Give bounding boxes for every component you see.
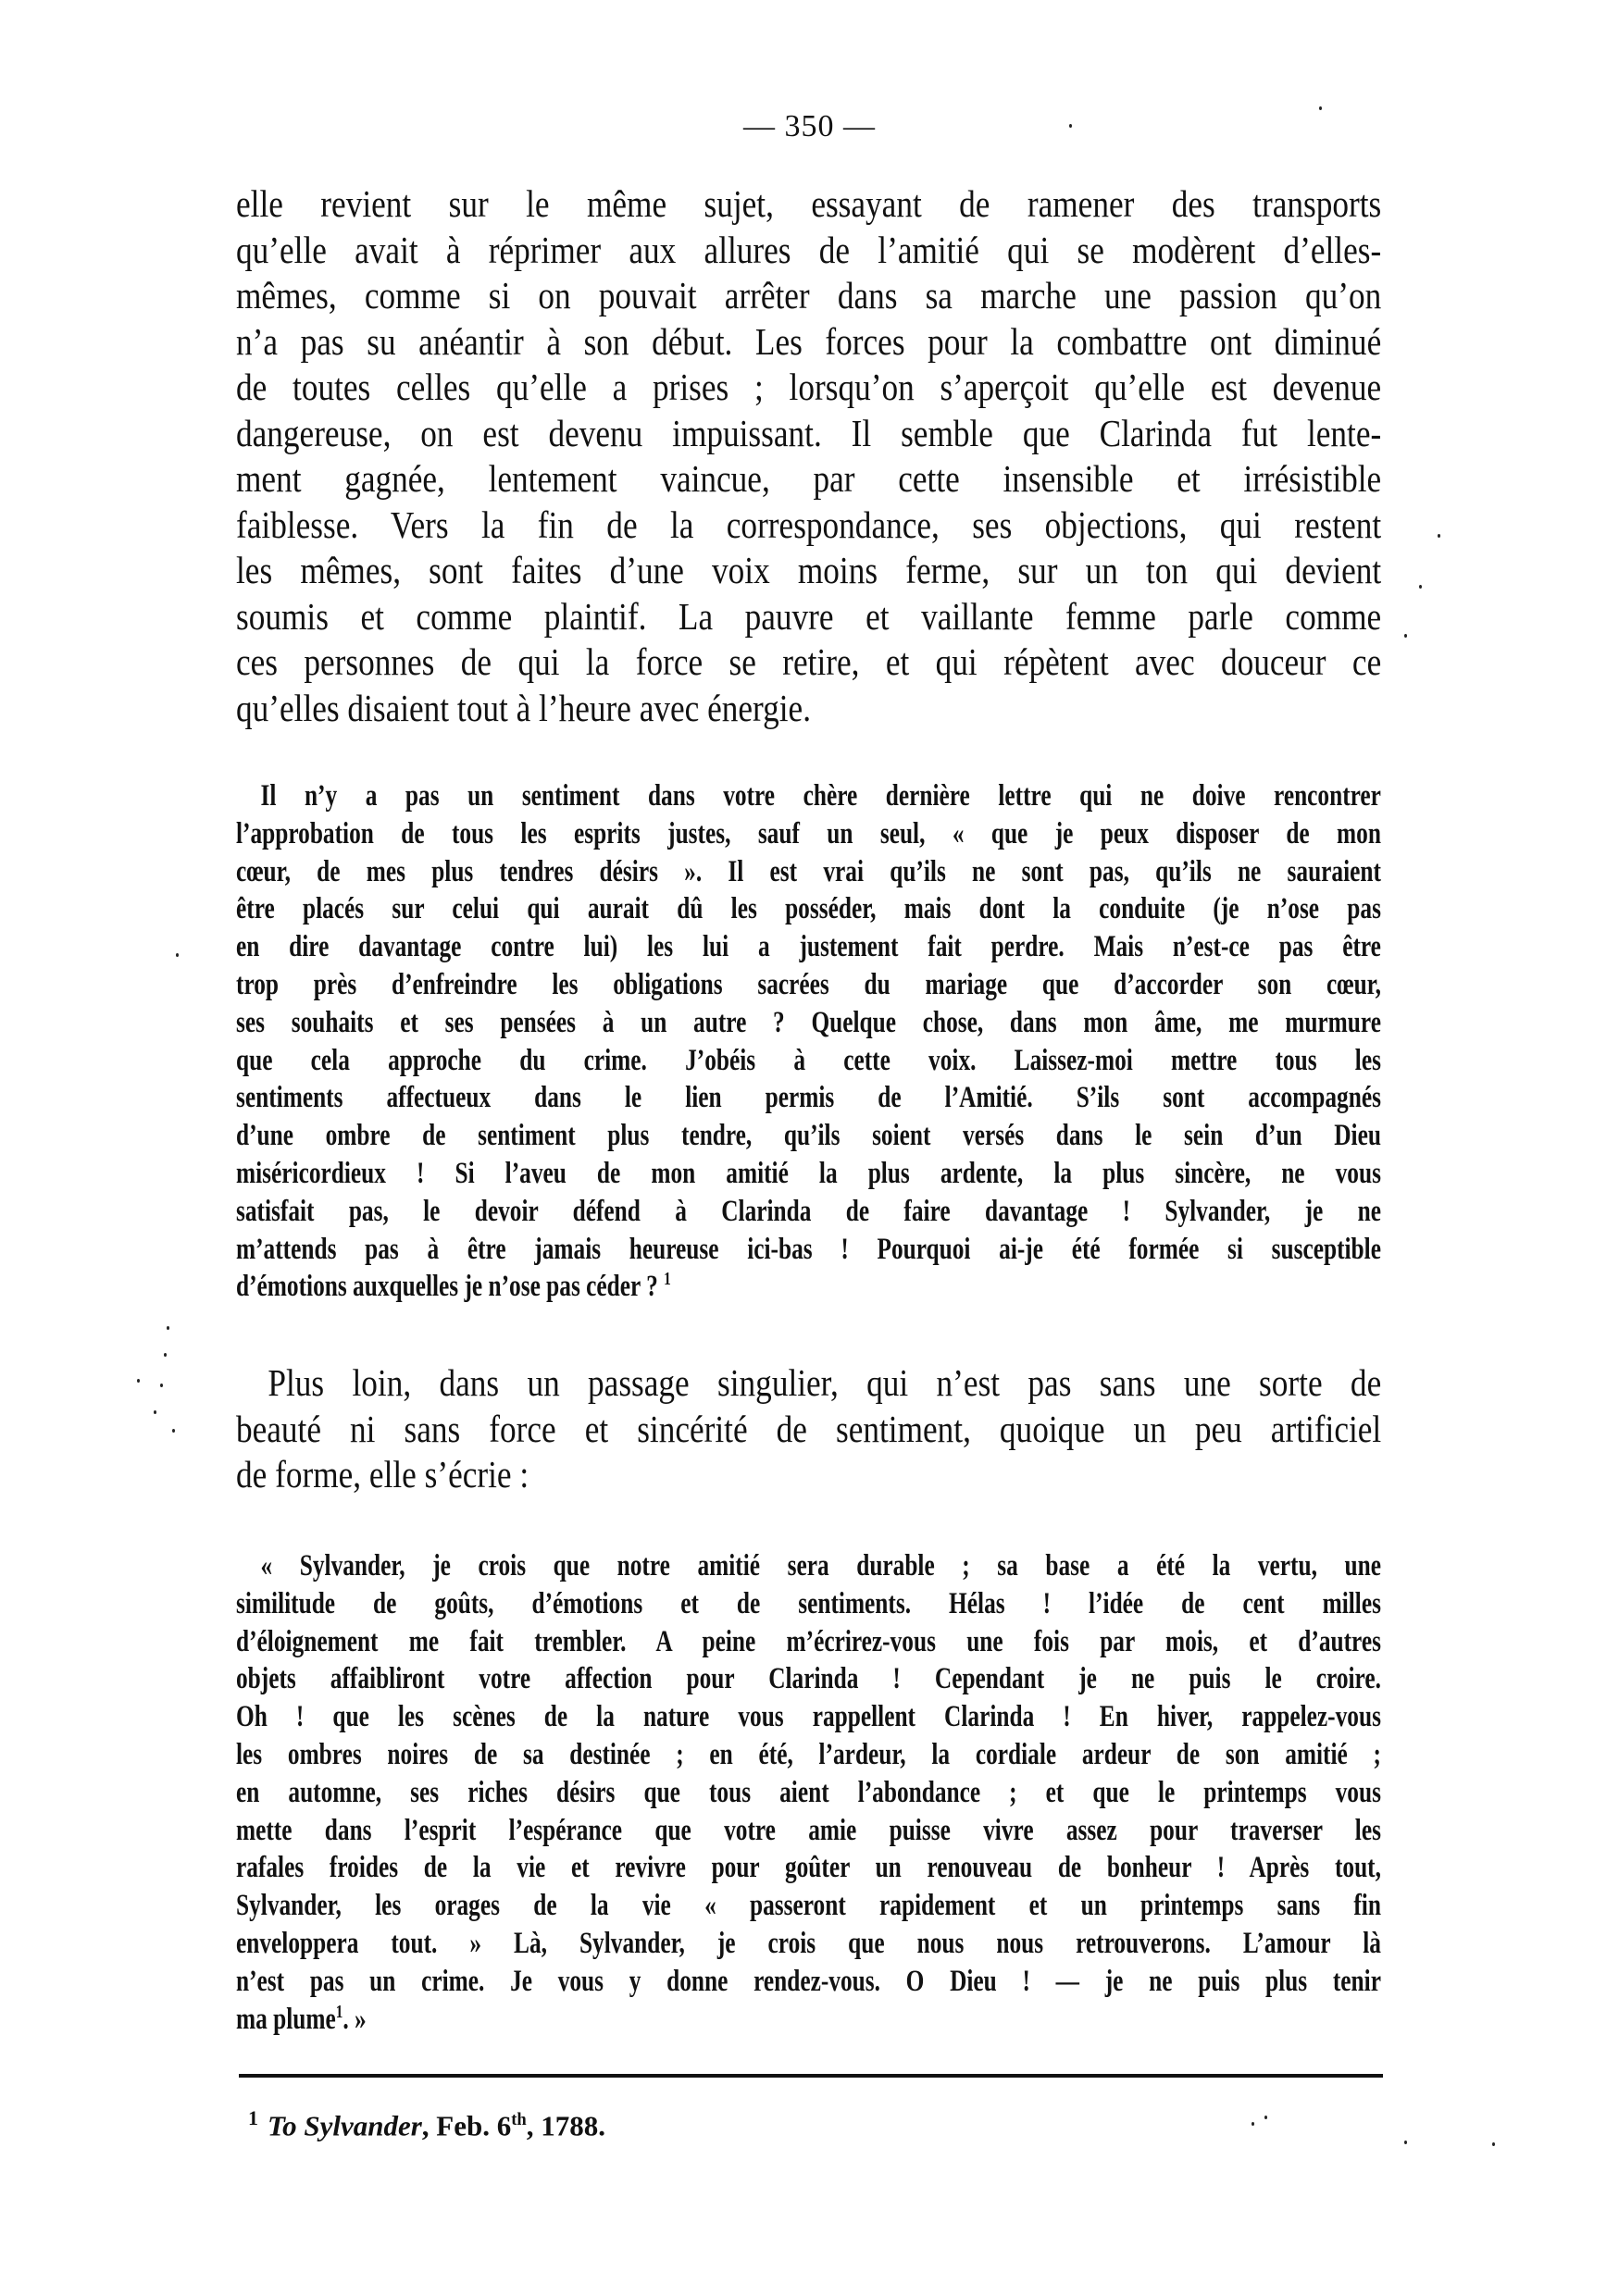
quote-line: rafales froides de la vie et revivre pou…: [236, 1849, 1381, 1887]
quote-line: similitude de goûts, d’émotions et de se…: [236, 1585, 1381, 1623]
quote-line: satisfait pas, le devoir défend à Clarin…: [236, 1193, 1381, 1231]
scan-speck: [176, 953, 179, 957]
footnote-reference[interactable]: 1: [664, 1271, 671, 1290]
text-line: n’a pas su anéantir à son début. Les for…: [236, 319, 1381, 366]
scan-speck: [154, 1410, 156, 1414]
scan-speck: [1492, 2142, 1495, 2146]
block-quote-1: Il n’y a pas un sentiment dans votre chè…: [236, 777, 1381, 1306]
footnote-number: 1: [248, 2106, 258, 2129]
text-line: beauté ni sans force et sincérité de sen…: [236, 1407, 1381, 1453]
quote-line: sentiments affectueux dans le lien permi…: [236, 1079, 1381, 1117]
text-line: qu’elles disaient tout à l’heure avec én…: [236, 686, 1381, 732]
text-line: elle revient sur le même sujet, essayant…: [236, 181, 1381, 228]
body-paragraph-1: elle revient sur le même sujet, essayant…: [236, 181, 1381, 731]
text-line: ment gagnée, lentement vaincue, par cett…: [236, 456, 1381, 503]
quote-line: l’approbation de tous les esprits justes…: [236, 815, 1381, 853]
quote-line: ses souhaits et ses pensées à un autre ?…: [236, 1004, 1381, 1042]
text-line: mêmes, comme si on pouvait arrêter dans …: [236, 273, 1381, 319]
text-line: faiblesse. Vers la fin de la corresponda…: [236, 503, 1381, 549]
text-line: soumis et comme plaintif. La pauvre et v…: [236, 594, 1381, 640]
quote-line: enveloppera tout. » Là, Sylvander, je cr…: [236, 1925, 1381, 1963]
text-line: Plus loin, dans un passage singulier, qu…: [236, 1360, 1381, 1407]
footnote-title: To Sylvander: [268, 2109, 422, 2141]
quote-line: Sylvander, les orages de la vie « passer…: [236, 1887, 1381, 1925]
footnote-reference[interactable]: 1: [336, 2003, 343, 2022]
scan-speck: [167, 1326, 169, 1330]
quote-line: m’attends pas à être jamais heureuse ici…: [236, 1231, 1381, 1269]
footnote: 1To Sylvander, Feb. 6th, 1788.: [248, 2106, 605, 2142]
quote-line: mette dans l’esprit l’espérance que votr…: [236, 1812, 1381, 1850]
quote-line: d’éloignement me fait trembler. A peine …: [236, 1623, 1381, 1661]
footnote-date-suffix: th: [511, 2110, 527, 2129]
quote-line: « Sylvander, je crois que notre amitié s…: [236, 1547, 1381, 1585]
quote-line: objets affaibliront votre affection pour…: [236, 1660, 1381, 1698]
scan-speck: [1404, 634, 1407, 638]
page-number: — 350 —: [0, 109, 1619, 144]
footnote-year: , 1788.: [527, 2109, 605, 2141]
scan-speck: [160, 1384, 163, 1387]
text-line: ces personnes de qui la force se retire,…: [236, 639, 1381, 686]
scan-speck: [1419, 585, 1422, 589]
scan-speck: [1319, 106, 1322, 110]
quote-line: en automne, ses riches désirs que tous a…: [236, 1774, 1381, 1812]
quote-line: que cela approche du crime. J’obéis à ce…: [236, 1042, 1381, 1080]
text-line: les mêmes, sont faites d’une voix moins …: [236, 548, 1381, 594]
scan-speck: [1264, 2116, 1267, 2119]
scan-speck: [1252, 2122, 1254, 2126]
scan-speck: [1069, 124, 1072, 128]
scan-speck: [1404, 2141, 1407, 2144]
quote-line: trop près d’enfreindre les obligations s…: [236, 966, 1381, 1004]
quote-line-end: . »: [342, 2003, 366, 2036]
quote-line: Oh ! que les scènes de la nature vous ra…: [236, 1698, 1381, 1736]
quote-line: les ombres noires de sa destinée ; en ét…: [236, 1736, 1381, 1774]
quote-line: en dire davantage contre lui) les lui a …: [236, 928, 1381, 966]
scan-speck: [137, 1379, 140, 1383]
quote-line: miséricordieux ! Si l’aveu de mon amitié…: [236, 1155, 1381, 1193]
footnote-divider: [239, 2074, 1383, 2078]
quote-line-text: ma plume: [236, 2003, 336, 2036]
scan-speck: [1438, 534, 1440, 538]
body-paragraph-2: Plus loin, dans un passage singulier, qu…: [236, 1360, 1381, 1498]
scan-speck: [164, 1353, 167, 1357]
block-quote-2: « Sylvander, je crois que notre amitié s…: [236, 1547, 1381, 2038]
quote-line: n’est pas un crime. Je vous y donne rend…: [236, 1963, 1381, 2001]
text-line: de forme, elle s’écrie :: [236, 1452, 1381, 1498]
quote-line: d’une ombre de sentiment plus tendre, qu…: [236, 1117, 1381, 1155]
quote-line-text: d’émotions auxquelles je n’ose pas céder…: [236, 1270, 658, 1303]
quote-line: Il n’y a pas un sentiment dans votre chè…: [236, 777, 1381, 815]
quote-line: d’émotions auxquelles je n’ose pas céder…: [236, 1268, 1381, 1306]
quote-line: ma plume1. »: [236, 2001, 1381, 2039]
text-line: dangereuse, on est devenu impuissant. Il…: [236, 411, 1381, 457]
quote-line: cœur, de mes plus tendres désirs ». Il e…: [236, 853, 1381, 891]
quote-line: être placés sur celui qui aurait dû les …: [236, 890, 1381, 928]
text-line: qu’elle avait à réprimer aux allures de …: [236, 228, 1381, 274]
footnote-date: , Feb. 6: [422, 2109, 511, 2141]
text-line: de toutes celles qu’elle a prises ; lors…: [236, 365, 1381, 411]
scan-speck: [172, 1429, 175, 1433]
